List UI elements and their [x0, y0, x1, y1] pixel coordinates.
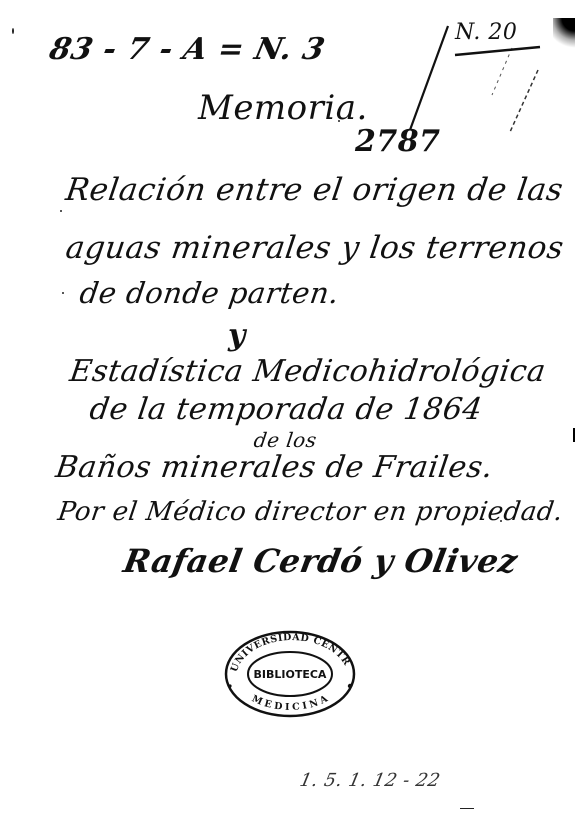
svg-text:UNIVERSIDAD CENTRAL: UNIVERSIDAD CENTRAL — [222, 628, 352, 674]
scan-speck — [60, 210, 62, 212]
subtitle-line-4: Baños minerales de Frailes. — [54, 450, 496, 485]
library-stamp: UNIVERSIDAD CENTRAL BIBLIOTECA MEDICINA — [222, 628, 358, 720]
scan-speck — [12, 28, 14, 34]
shelf-code: 83 - 7 - A = N. 3 — [46, 32, 328, 67]
scan-speck — [460, 808, 474, 809]
title-line-3: de donde parten. — [78, 276, 342, 310]
catalog-number: 2787 — [355, 124, 441, 159]
scan-speck — [500, 520, 502, 522]
heading-memoria: Memoria. — [198, 88, 368, 128]
stamp-seal-icon: UNIVERSIDAD CENTRAL BIBLIOTECA MEDICINA — [222, 628, 358, 720]
scan-speck — [338, 120, 340, 122]
title-line-1: Relación entre el origen de las — [63, 172, 565, 208]
conjunction-y: y — [228, 318, 246, 353]
author-line: Por el Médico director en propiedad. — [56, 497, 565, 527]
svg-text:BIBLIOTECA: BIBLIOTECA — [254, 668, 327, 681]
scan-speck — [62, 292, 64, 294]
title-line-2: aguas minerales y los terrenos — [63, 230, 566, 266]
author-signature: Rafael Cerdó y Olivez — [121, 542, 521, 580]
document-page: 83 - 7 - A = N. 3 N. 20 Memoria. 2787 Re… — [0, 0, 575, 821]
subtitle-line-3: de los — [252, 428, 318, 452]
subtitle-line-1: Estadística Medicohidrológica — [68, 354, 549, 389]
subtitle-line-2: de la temporada de 1864 — [88, 392, 485, 427]
item-number: N. 20 — [455, 20, 517, 45]
bottom-annotation: 1. 5. 1. 12 - 22 — [298, 770, 442, 791]
